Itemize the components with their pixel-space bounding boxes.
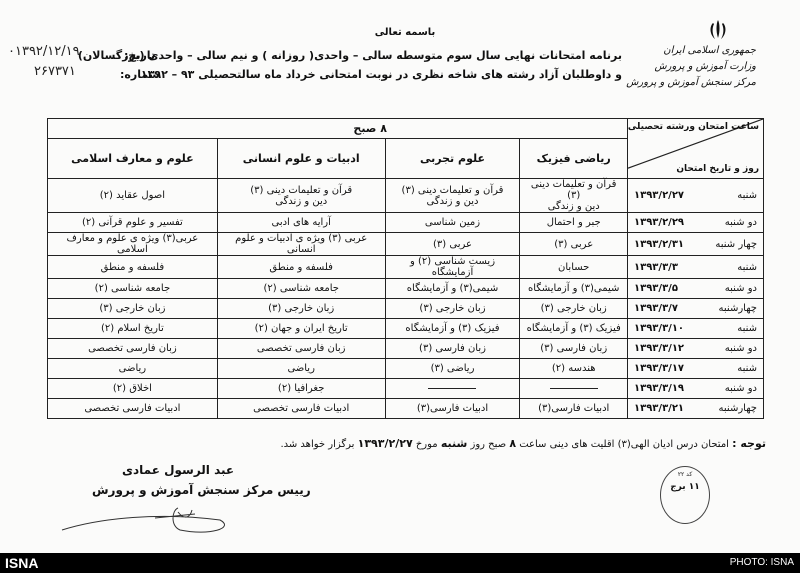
column-header-humanities: ادبیات و علوم انسانی	[217, 139, 385, 179]
column-header-science: علوم تجربی	[385, 139, 520, 179]
bismillah: باسمه تعالی	[340, 27, 470, 38]
org-line-3: مرکز سنجش آموزش و پرورش	[626, 77, 756, 88]
date-cell: ۱۳۹۳/۲/۲۹	[634, 217, 684, 228]
subject-cell: تاریخ ایران و جهان (۲)	[217, 319, 385, 339]
subject-cell: حسابان	[520, 256, 628, 279]
day-cell: دو شنبه	[725, 217, 757, 228]
note-label: توجه :	[732, 437, 766, 450]
subject-cell: ریاضی (۳)	[385, 359, 520, 379]
subject-cell: اخلاق (۲)	[48, 379, 218, 399]
title-line-1: برنامه امتحانات نهایی سال سوم متوسطه سال…	[78, 49, 622, 62]
stamp-code: کد ۲۲	[661, 471, 709, 478]
table-row: دو شنبه۱۳۹۳/۳/۱۲ زبان فارسی (۳) زبان فار…	[48, 339, 764, 359]
subject-cell: ادبیات فارسی تخصصی	[217, 399, 385, 419]
subject-cell: عربی (۳)	[385, 233, 520, 256]
day-cell: چهارشنبه	[719, 403, 757, 414]
date-cell: ۱۳۹۳/۳/۵	[634, 283, 678, 294]
subject-cell: جغرافیا (۲)	[217, 379, 385, 399]
note-date: ۱۳۹۳/۲/۲۷	[358, 437, 413, 450]
subject-cell: هندسه (۲)	[520, 359, 628, 379]
table-row: شنبه۱۳۹۳/۳/۳ حسابان زیست شناسی (۲) و آزم…	[48, 256, 764, 279]
number-label: شماره:	[120, 68, 160, 81]
date-cell: ۱۳۹۳/۲/۲۷	[634, 190, 684, 201]
subject-cell: زیست شناسی (۲) و آزمایشگاه	[385, 256, 520, 279]
subject-cell: زبان فارسی تخصصی	[217, 339, 385, 359]
signatory-name: عبد الرسول عمادی	[122, 463, 234, 477]
date-cell: ۱۳۹۳/۳/۱۰	[634, 323, 684, 334]
table-row: چهارشنبه۱۳۹۳/۳/۷ زبان خارجی (۳) زبان خار…	[48, 299, 764, 319]
date-cell: ۱۳۹۳/۳/۱۷	[634, 363, 684, 374]
day-cell: شنبه	[737, 323, 757, 334]
subject-cell: تاریخ اسلام (۲)	[48, 319, 218, 339]
number-value: ۲۶۷۳۷۱	[34, 64, 76, 79]
footer-bar: ISNA PHOTO: ISNA	[0, 553, 800, 573]
table-row: دو شنبه۱۳۹۳/۳/۵ شیمی(۳) و آزمایشگاه شیمی…	[48, 279, 764, 299]
subject-cell: شیمی(۳) و آزمایشگاه	[385, 279, 520, 299]
subject-cell: جامعه شناسی (۲)	[217, 279, 385, 299]
subject-cell: فیزیک (۳) و آزمایشگاه	[385, 319, 520, 339]
day-cell: دو شنبه	[725, 283, 757, 294]
day-cell: چهارشنبه	[719, 303, 757, 314]
subject-cell: آرایه های ادبی	[217, 213, 385, 233]
time-header: ۸ صبح	[48, 119, 628, 139]
table-row: شنبه۱۳۹۳/۳/۱۰ فیزیک (۳) و آزمایشگاه فیزی…	[48, 319, 764, 339]
note-text: صبح روز	[467, 439, 509, 450]
org-line-1: جمهوری اسلامی ایران	[663, 45, 756, 56]
footnote: توجه : امتحان درس ادیان الهی(۳) اقلیت ها…	[280, 437, 766, 450]
signatory-title: رییس مرکز سنجش آموزش و پرورش	[92, 483, 311, 497]
date-cell: ۱۳۹۳/۳/۳	[634, 262, 678, 273]
date-cell: ۱۳۹۳/۲/۳۱	[634, 239, 684, 250]
official-stamp: کد ۲۲ ۱۱ برج	[660, 466, 710, 524]
subject-cell: جبر و احتمال	[520, 213, 628, 233]
date-cell: ۱۳۹۳/۳/۲۱	[634, 403, 684, 414]
org-line-2: وزارت آموزش و پرورش	[654, 61, 756, 72]
column-header-math: ریاضی فیزیک	[520, 139, 628, 179]
subject-cell: قرآن و تعلیمات دینی (۳)	[221, 185, 382, 196]
table-row: شنبه ۱۳۹۳/۲/۲۷ قرآن و تعلیمات دینی (۳)دی…	[48, 179, 764, 213]
subject-cell: ادبیات فارسی(۳)	[520, 399, 628, 419]
subject-cell: زبان خارجی (۳)	[385, 299, 520, 319]
subject-cell: دین و زندگی	[221, 196, 382, 207]
table-row: دو شنبه۱۳۹۳/۳/۱۹ جغرافیا (۲) اخلاق (۲)	[48, 379, 764, 399]
iran-emblem-icon	[706, 18, 730, 42]
subject-cell: فیزیک (۳) و آزمایشگاه	[520, 319, 628, 339]
subject-cell: ریاضی	[48, 359, 218, 379]
day-cell: دو شنبه	[725, 383, 757, 394]
exam-schedule-table: ساعت امتحان ورشته تحصیلی روز و تاریخ امت…	[47, 118, 764, 419]
note-text: امتحان درس ادیان الهی(۳) اقلیت های دینی …	[516, 439, 732, 450]
table-row: چهار شنبه۱۳۹۳/۲/۳۱ عربی (۳) عربی (۳) عرب…	[48, 233, 764, 256]
table-row: شنبه۱۳۹۳/۳/۱۷ هندسه (۲) ریاضی (۳) ریاضی …	[48, 359, 764, 379]
subject-cell: جامعه شناسی (۲)	[48, 279, 218, 299]
subject-cell: زبان خارجی (۳)	[520, 299, 628, 319]
note-text: مورخ	[413, 439, 441, 450]
subject-cell: فلسفه و منطق	[217, 256, 385, 279]
subject-cell: اصول عقاید (۲)	[48, 179, 218, 213]
subject-cell: دین و زندگی	[389, 196, 517, 207]
dash-divider	[550, 388, 598, 389]
subject-cell: زبان خارجی (۳)	[217, 299, 385, 319]
isna-logo: ISNA	[5, 555, 38, 571]
subject-cell: زبان خارجی (۳)	[48, 299, 218, 319]
note-text: برگزار خواهد شد.	[280, 439, 357, 450]
photo-credit: PHOTO: ISNA	[730, 557, 794, 568]
date-label: تاریخ:	[124, 49, 155, 62]
table-row: چهارشنبه۱۳۹۳/۳/۲۱ ادبیات فارسی(۳) ادبیات…	[48, 399, 764, 419]
signature-scribble-icon	[60, 500, 240, 540]
subject-cell: فلسفه و منطق	[48, 256, 218, 279]
subject-cell: عربی(۳) ویژه ی علوم و معارف اسلامی	[48, 233, 218, 256]
subject-cell: دین و زندگی	[523, 201, 624, 212]
date-cell: ۱۳۹۳/۳/۱۲	[634, 343, 684, 354]
date-cell: ۱۳۹۳/۳/۷	[634, 303, 678, 314]
column-header-islamic: علوم و معارف اسلامی	[48, 139, 218, 179]
subject-cell: زبان فارسی (۳)	[520, 339, 628, 359]
subject-cell: ادبیات فارسی تخصصی	[48, 399, 218, 419]
day-cell: شنبه	[737, 190, 757, 201]
corner-bottom-label: روز و تاریخ امتحان	[676, 164, 759, 174]
subject-cell: عربی (۳)	[520, 233, 628, 256]
subject-cell: ادبیات فارسی(۳)	[385, 399, 520, 419]
subject-cell: زبان فارسی تخصصی	[48, 339, 218, 359]
subject-cell-empty	[385, 379, 520, 399]
note-day: شنبه	[441, 437, 467, 450]
day-cell: شنبه	[737, 262, 757, 273]
day-cell: دو شنبه	[725, 343, 757, 354]
table-row: دو شنبه۱۳۹۳/۲/۲۹ جبر و احتمال زمین شناسی…	[48, 213, 764, 233]
subject-cell: تفسیر و علوم قرآنی (۲)	[48, 213, 218, 233]
date-cell: ۱۳۹۳/۳/۱۹	[634, 383, 684, 394]
day-cell: شنبه	[737, 363, 757, 374]
subject-cell: زبان فارسی (۳)	[385, 339, 520, 359]
subject-cell-empty	[520, 379, 628, 399]
subject-cell: قرآن و تعلیمات دینی (۳)	[389, 185, 517, 196]
dash-divider	[428, 388, 476, 389]
subject-cell: ریاضی	[217, 359, 385, 379]
corner-top-label: ساعت امتحان ورشته تحصیلی	[628, 122, 759, 132]
day-cell: چهار شنبه	[715, 239, 757, 250]
date-value: ۰۱۳۹۲/۱۲/۱۹	[8, 44, 80, 59]
subject-cell: شیمی(۳) و آزمایشگاه	[520, 279, 628, 299]
subject-cell: قرآن و تعلیمات دینی (۳)	[523, 179, 624, 201]
table-corner-header: ساعت امتحان ورشته تحصیلی روز و تاریخ امت…	[628, 119, 764, 179]
stamp-text: ۱۱ برج	[661, 482, 709, 492]
title-line-2: و داوطلبان آزاد رشته های شاخه نظری در نو…	[141, 68, 622, 81]
subject-cell: زمین شناسی	[385, 213, 520, 233]
subject-cell: عربی (۳) ویژه ی ادبیات و علوم انسانی	[217, 233, 385, 256]
